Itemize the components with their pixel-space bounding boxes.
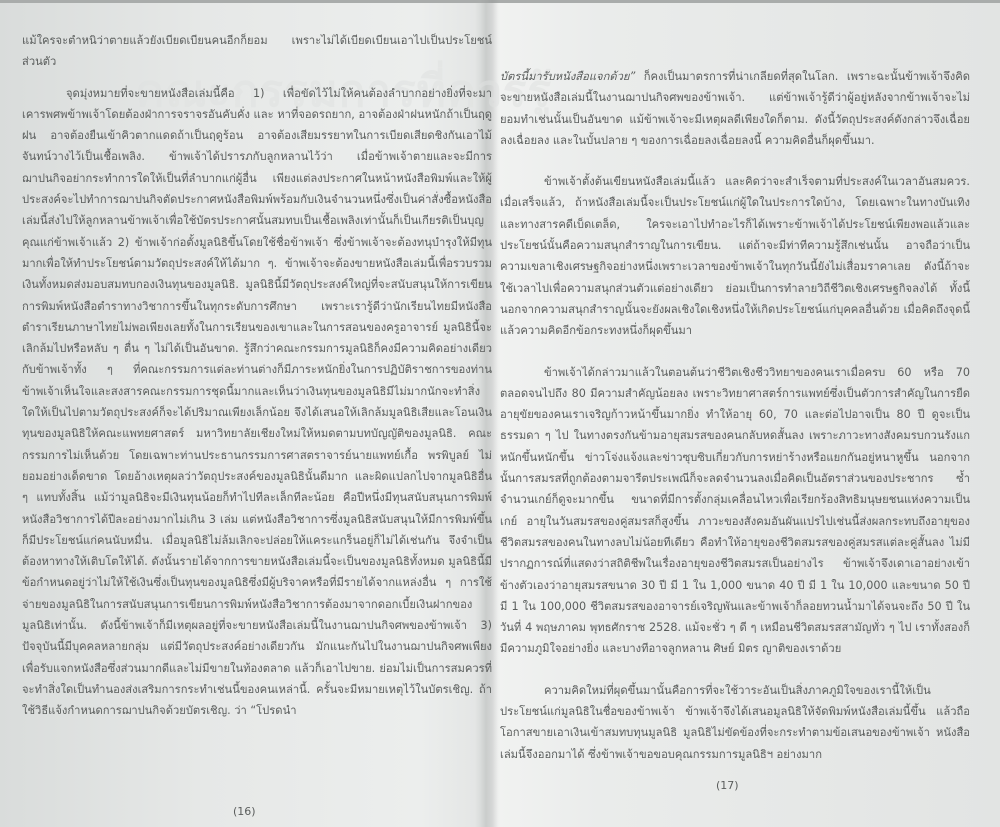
right-page-paragraph-2: ข้าพเจ้าตั้งต้นเขียนหนังสือเล่มนี้แล้ว แ…: [500, 171, 970, 341]
right-page: บัตรนี้มารับหนังสือแจกด้วย” ก็คงเป็นมาตร…: [500, 66, 970, 765]
right-page-paragraph-4: ความคิดใหม่ที่ผุดขึ้นมานั้นคือการที่จะใช…: [500, 680, 970, 765]
left-page-paragraph-1: แม้ใครจะตำหนิว่าตายแล้วยังเบียดเบียนคนอี…: [22, 30, 492, 73]
quoted-invitation-text: บัตรนี้มารับหนังสือแจกด้วย”: [500, 70, 635, 83]
left-page-paragraph-2: จุดมุ่งหมายที่จะขายหนังสือเล่มนี้คือ 1) …: [22, 83, 492, 722]
right-page-number: (17): [716, 779, 739, 792]
right-page-paragraph-1: บัตรนี้มารับหนังสือแจกด้วย” ก็คงเป็นมาตร…: [500, 66, 970, 151]
right-page-paragraph-3: ข้าพเจ้าได้กล่าวมาแล้วในตอนต้นว่าชีวิตเช…: [500, 362, 970, 660]
open-book-spread: คณะกรรมการที่ควรรู้ แม้ใครจะตำหนิว่าตายแ…: [0, 0, 1000, 827]
left-page: แม้ใครจะตำหนิว่าตายแล้วยังเบียดเบียนคนอี…: [22, 30, 492, 722]
left-page-number: (16): [233, 805, 256, 818]
page-top-edge: [0, 0, 1000, 3]
